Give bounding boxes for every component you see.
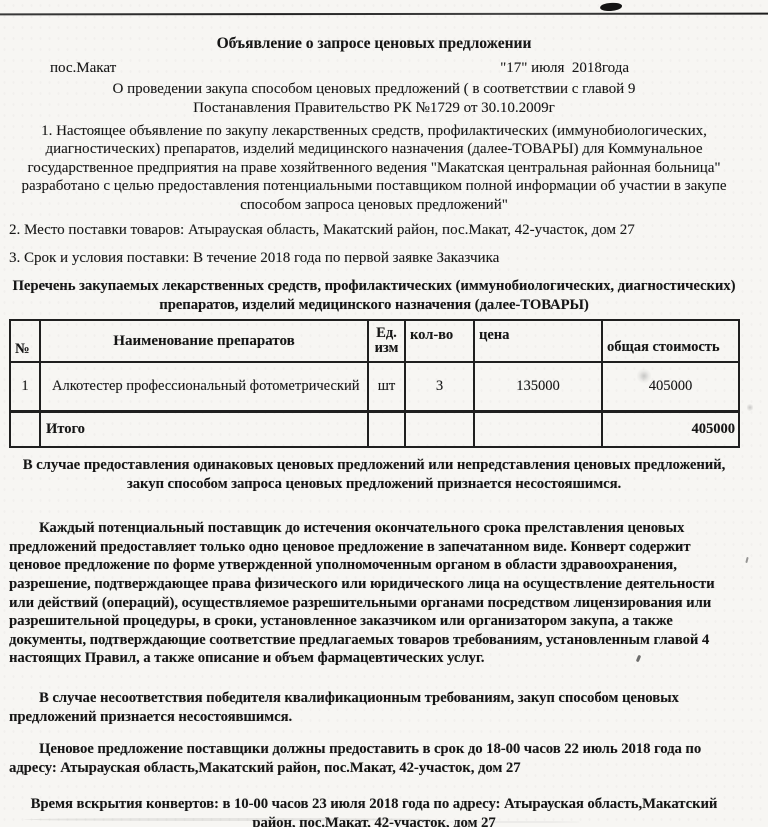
total-label: Итого: [40, 412, 368, 448]
note-submission-deadline: Ценовое предложение поставщики должны пр…: [9, 740, 739, 777]
col-header-price: цена: [474, 320, 602, 362]
cell-quantity: 3: [405, 362, 474, 412]
scanned-document-page: Объявление о запросе ценовых предложении…: [0, 0, 768, 827]
date-label: "17" июля 2018года: [500, 59, 629, 78]
place-label: пос.Макат: [50, 59, 116, 78]
delivery-place-paragraph: 2. Место поставки товаров: Атырауская об…: [9, 221, 739, 240]
note-winner-mismatch: В случае несоответствия победителя квали…: [9, 689, 739, 726]
document-content: Объявление о запросе ценовых предложении…: [0, 0, 768, 827]
note-equal-offers: В случае предоставления одинаковых ценов…: [9, 456, 739, 493]
col-header-quantity: кол-во: [405, 320, 474, 362]
scan-speck: [747, 403, 753, 412]
cell-number: 1: [10, 362, 40, 412]
cell-unit: шт: [368, 362, 405, 412]
cell-name: Алкотестер профессиональный фотометричес…: [40, 362, 368, 412]
delivery-terms-paragraph: 3. Срок и условия поставки: В течение 20…: [9, 249, 739, 268]
total-row: Итого 405000: [10, 412, 739, 448]
cell-price: 135000: [474, 362, 602, 412]
table-header-row: № Наименование препаратов Ед. изм кол-во…: [10, 320, 739, 362]
col-header-total: общая стоимость: [602, 320, 739, 362]
subtitle-line-2: Постанавления Правительство РК №1729 от …: [9, 99, 739, 118]
cell-total: 405000: [602, 362, 739, 412]
scan-artifact-smudge: [637, 368, 651, 384]
table-row: 1 Алкотестер профессиональный фотометрич…: [10, 362, 739, 412]
total-empty-cell: [474, 412, 602, 448]
announcement-paragraph: 1. Настоящее объявление по закупу лекарс…: [9, 122, 739, 214]
table-heading: Перечень закупаемых лекарственных средст…: [9, 277, 739, 314]
document-title: Объявление о запросе ценовых предложении: [9, 34, 739, 53]
subtitle-line-1: О проведении закупа способом ценовых пре…: [9, 80, 739, 99]
place-date-row: пос.Макат "17" июля 2018года: [9, 59, 739, 78]
note-envelope-opening: Время вскрытия конвертов: в 10-00 часов …: [9, 795, 739, 827]
total-empty-cell: [10, 412, 40, 448]
scan-artifact-bottom-smudge: [430, 821, 580, 823]
total-empty-cell: [405, 412, 474, 448]
note-supplier-rules: Каждый потенциальный поставщик до истече…: [9, 519, 739, 668]
products-table: № Наименование препаратов Ед. изм кол-во…: [9, 319, 740, 448]
col-header-number: №: [10, 320, 40, 362]
col-header-name: Наименование препаратов: [40, 320, 368, 362]
total-empty-cell: [368, 412, 405, 448]
total-value: 405000: [602, 412, 739, 448]
col-header-unit: Ед. изм: [368, 320, 405, 362]
scan-artifact-bottom-smudge: [24, 818, 434, 821]
